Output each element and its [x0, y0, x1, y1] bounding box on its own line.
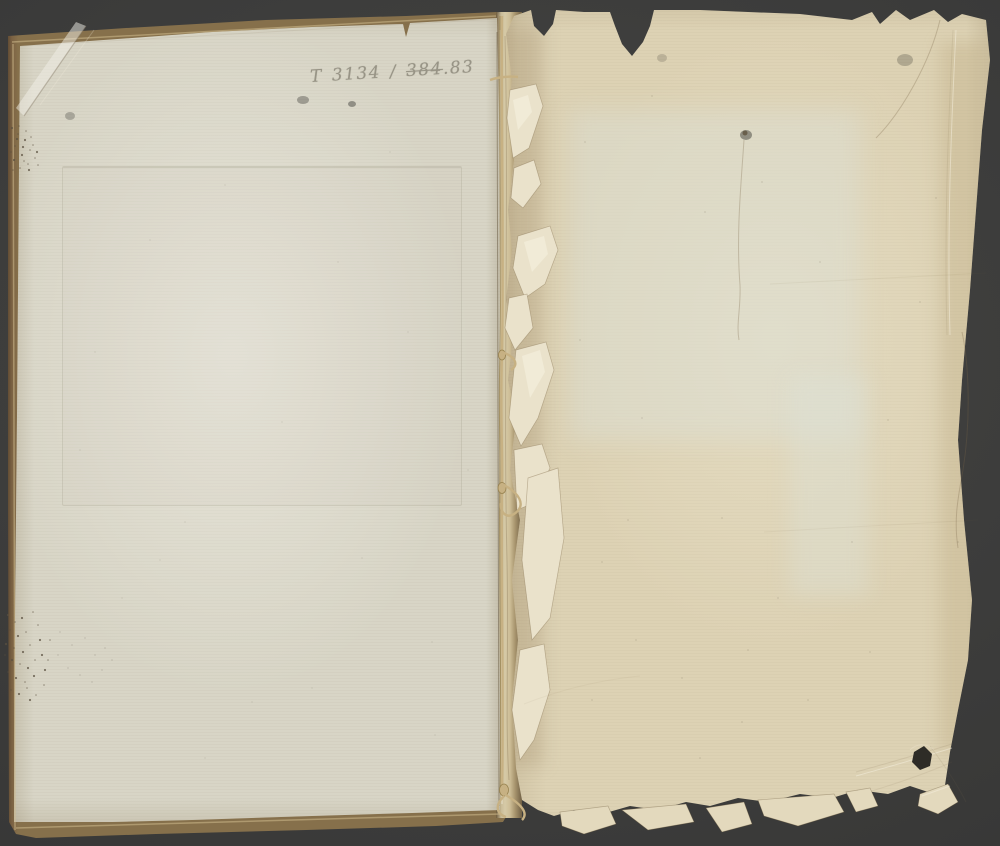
show-through-outline	[62, 166, 462, 506]
right-endpaper-page	[504, 6, 996, 840]
photo-backdrop: T 3134 / 384.83	[0, 0, 1000, 846]
edge-darkening-band	[940, 42, 984, 752]
discoloration-patch	[790, 376, 868, 596]
left-pastedown-page	[12, 16, 502, 826]
shelfmark-suffix: .83	[442, 57, 475, 79]
shelfmark-struck-number: 384	[405, 59, 443, 81]
